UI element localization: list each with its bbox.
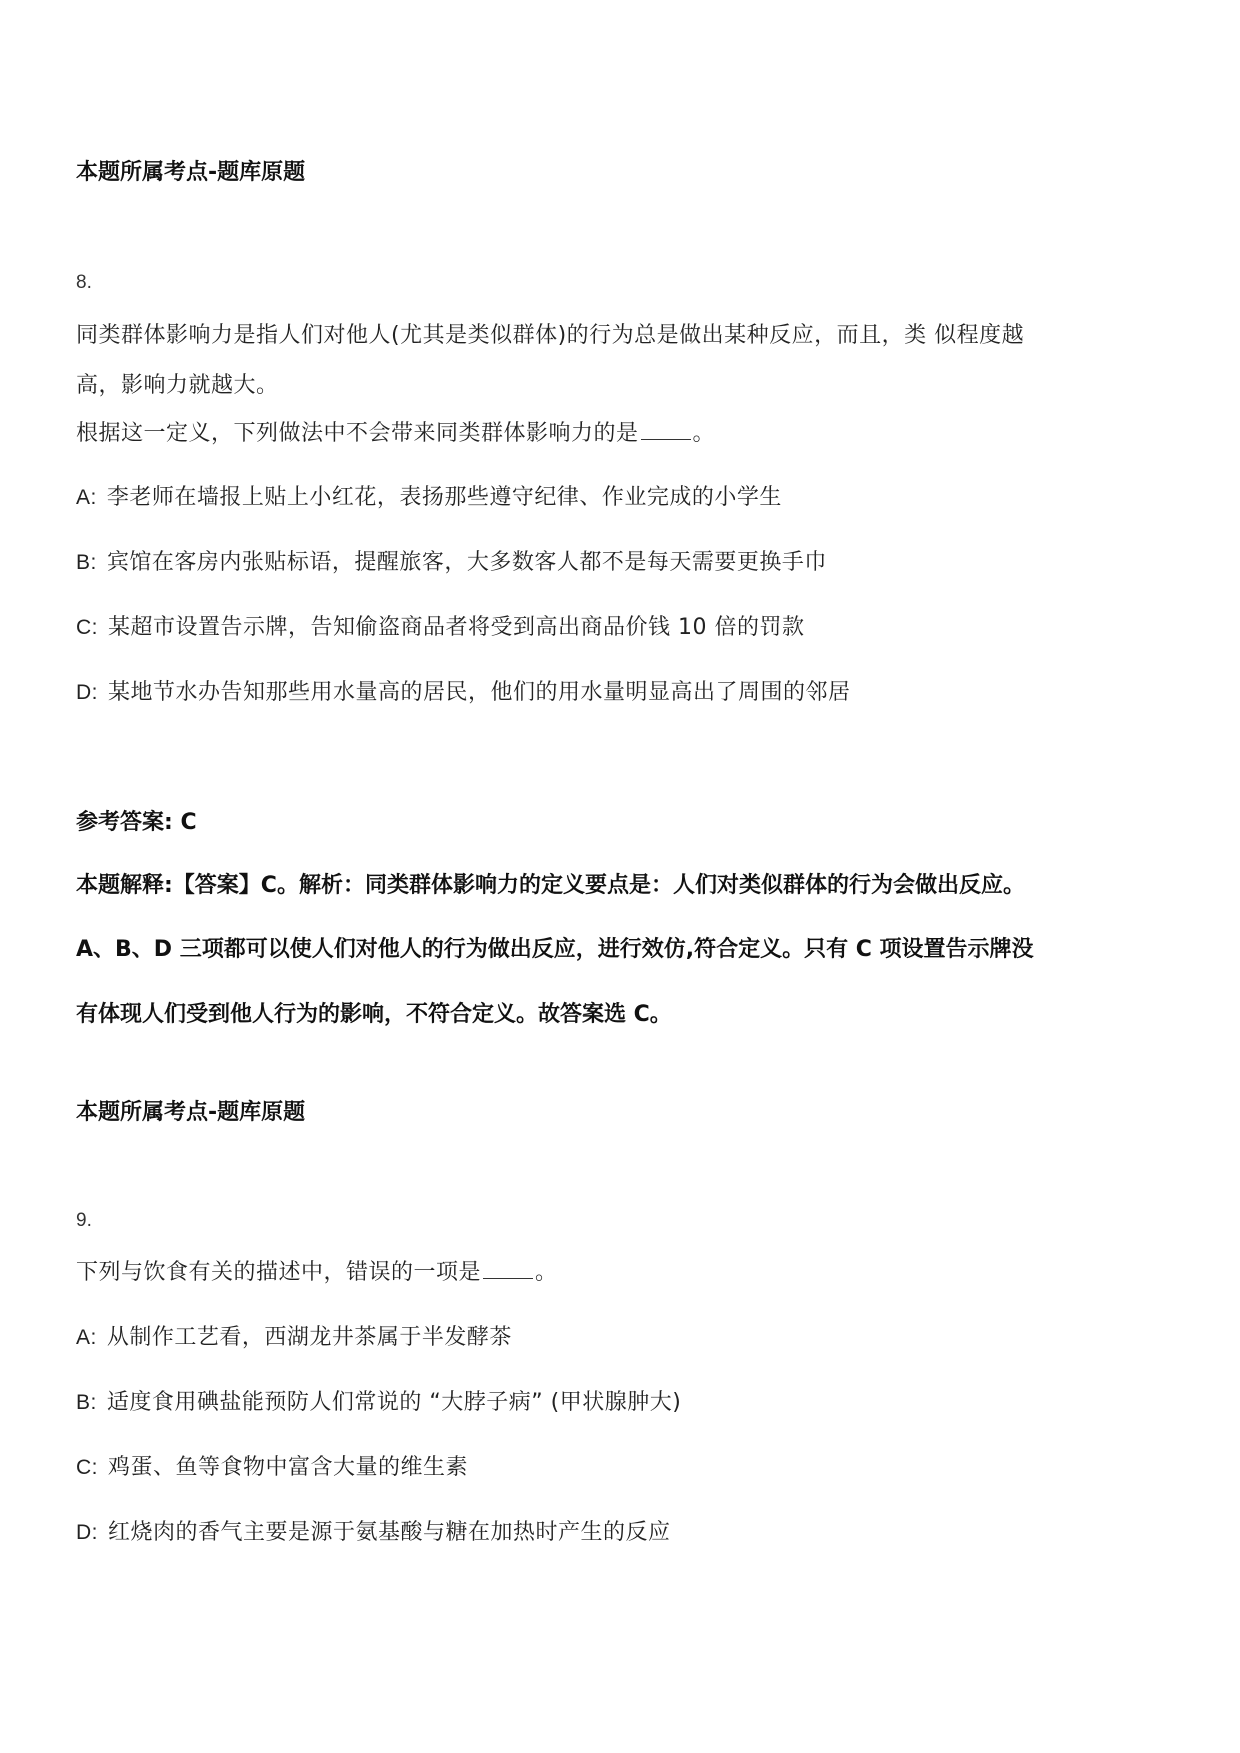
explanation-line: 有体现人们受到他人行为的影响，不符合定义。故答案选 C。	[76, 997, 672, 1028]
option-d: D:红烧肉的香气主要是源于氨基酸与糖在加热时产生的反应	[76, 1515, 671, 1546]
option-text: 宾馆在客房内张贴标语，提醒旅客，大多数客人都不是每天需要更换手巾	[107, 550, 827, 575]
option-text: 鸡蛋、鱼等食物中富含大量的维生素	[108, 1455, 468, 1480]
option-b: B:适度食用碘盐能预防人们常说的 “大脖子病” (甲状腺肿大)	[76, 1385, 681, 1416]
topic-label: 本题所属考点-题库原题	[76, 155, 305, 186]
option-letter: B:	[76, 1391, 97, 1414]
reference-answer: 参考答案: C	[76, 805, 197, 836]
answer-blank	[483, 1258, 533, 1279]
option-text: 适度食用碘盐能预防人们常说的 “大脖子病” (甲状腺肿大)	[107, 1390, 681, 1415]
option-letter: A:	[76, 486, 97, 509]
option-letter: B:	[76, 551, 97, 574]
question-number: 8.	[76, 272, 92, 294]
option-letter: C:	[76, 1456, 98, 1479]
option-c: C:某超市设置告示牌，告知偷盗商品者将受到高出商品价钱 10 倍的罚款	[76, 610, 804, 641]
option-c: C:鸡蛋、鱼等食物中富含大量的维生素	[76, 1450, 468, 1481]
prompt-end: 。	[535, 1260, 558, 1285]
option-text: 某超市设置告示牌，告知偷盗商品者将受到高出商品价钱 10 倍的罚款	[108, 615, 804, 640]
option-letter: D:	[76, 681, 98, 704]
option-letter: C:	[76, 616, 98, 639]
option-text: 从制作工艺看，西湖龙井茶属于半发酵茶	[107, 1325, 512, 1350]
question-stem-line: 同类群体影响力是指人们对他人(尤其是类似群体)的行为总是做出某种反应，而且，类 …	[76, 318, 1024, 349]
topic-label: 本题所属考点-题库原题	[76, 1095, 305, 1126]
option-d: D:某地节水办告知那些用水量高的居民，他们的用水量明显高出了周围的邻居	[76, 675, 851, 706]
question-stem-line: 高，影响力就越大。	[76, 368, 279, 399]
document-page: 本题所属考点-题库原题 8. 同类群体影响力是指人们对他人(尤其是类似群体)的行…	[0, 0, 1240, 1753]
option-letter: D:	[76, 1521, 98, 1544]
question-number: 9.	[76, 1210, 92, 1232]
answer-blank	[641, 419, 691, 440]
explanation-line: 本题解释:【答案】C。解析：同类群体影响力的定义要点是：人们对类似群体的行为会做…	[76, 868, 1025, 899]
option-a: A:李老师在墙报上贴上小红花，表扬那些遵守纪律、作业完成的小学生	[76, 480, 782, 511]
option-text: 李老师在墙报上贴上小红花，表扬那些遵守纪律、作业完成的小学生	[107, 485, 782, 510]
option-text: 某地节水办告知那些用水量高的居民，他们的用水量明显高出了周围的邻居	[108, 680, 851, 705]
question-prompt: 根据这一定义，下列做法中不会带来同类群体影响力的是。	[76, 416, 715, 447]
option-letter: A:	[76, 1326, 97, 1349]
option-text: 红烧肉的香气主要是源于氨基酸与糖在加热时产生的反应	[108, 1520, 671, 1545]
option-b: B:宾馆在客房内张贴标语，提醒旅客，大多数客人都不是每天需要更换手巾	[76, 545, 827, 576]
prompt-text: 根据这一定义，下列做法中不会带来同类群体影响力的是	[76, 421, 639, 446]
option-a: A:从制作工艺看，西湖龙井茶属于半发酵茶	[76, 1320, 512, 1351]
prompt-text: 下列与饮食有关的描述中，错误的一项是	[76, 1260, 481, 1285]
explanation-line: A、B、D 三项都可以使人们对他人的行为做出反应，进行效仿,符合定义。只有 C …	[76, 932, 1034, 963]
prompt-end: 。	[693, 421, 716, 446]
question-prompt: 下列与饮食有关的描述中，错误的一项是。	[76, 1255, 558, 1286]
